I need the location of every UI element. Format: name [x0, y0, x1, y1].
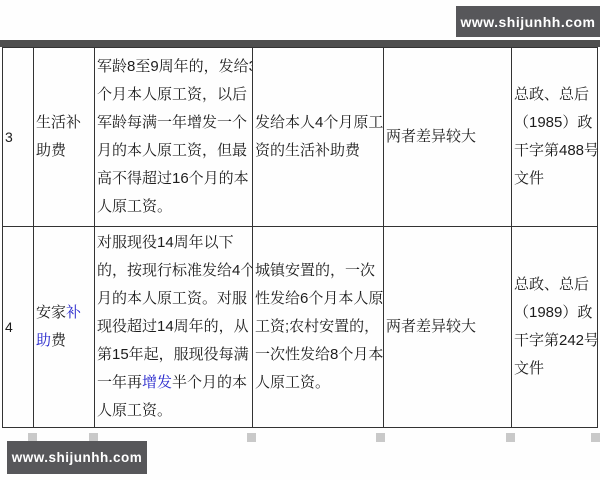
text-line: 个月本人原工资，以后: [97, 81, 250, 109]
cell-old-standard: 对服现役14周年以下 的，按现行标准发给4个 月的本人原工资。对服 现役超过14…: [95, 227, 253, 428]
text-line: 干字第242号: [514, 327, 595, 355]
text-line: 发给本人4个月原工: [255, 109, 381, 137]
zengfa-link[interactable]: 增发: [142, 374, 172, 391]
buzhu-link[interactable]: 助: [36, 332, 51, 349]
text-line: 人原工资。: [255, 369, 381, 397]
table-resize-handle[interactable]: [506, 433, 515, 442]
table-resize-handle[interactable]: [376, 433, 385, 442]
text-line: 性发给6个月本人原: [255, 285, 381, 313]
cell-document: 总政、总后 （1985）政 干字第488号 文件: [512, 48, 598, 227]
text-line: 人原工资。: [97, 397, 250, 425]
buzhu-link[interactable]: 补: [66, 304, 81, 321]
text-line: 总政、总后: [514, 271, 595, 299]
table-top-divider: [0, 40, 600, 47]
text-line: 安家补: [36, 299, 92, 327]
text-line: 军龄8至9周年的，发给3: [97, 53, 250, 81]
subsidy-comparison-table: 3 生活补 助费 军龄8至9周年的，发给3 个月本人原工资，以后 军龄每满一年增…: [2, 47, 598, 428]
detail-text: 半个月的本: [172, 374, 247, 391]
text-line: 高不得超过16个月的本: [97, 165, 250, 193]
text-line: 人原工资。: [97, 193, 250, 221]
text-line: 月的本人原工资，但最: [97, 137, 250, 165]
row-number: 4: [5, 313, 31, 341]
text-line: （1989）政: [514, 299, 595, 327]
text-line: 资的生活补助费: [255, 137, 381, 165]
text-line: 文件: [514, 355, 595, 383]
text-line: 军龄每满一年增发一个: [97, 109, 250, 137]
cell-new-standard: 城镇安置的，一次 性发给6个月本人原 工资;农村安置的， 一次性发给8个月本 人…: [253, 227, 384, 428]
text-line: 两者差异较大: [386, 123, 509, 151]
table-row: 3 生活补 助费 军龄8至9周年的，发给3 个月本人原工资，以后 军龄每满一年增…: [3, 48, 598, 227]
text-line: 一次性发给8个月本: [255, 341, 381, 369]
name-text: 费: [51, 332, 66, 349]
cell-subsidy-name: 安家补 助费: [34, 227, 95, 428]
text-line: （1985）政: [514, 109, 595, 137]
document-page: www.shijunhh.com 3 生活补 助费 军龄8至9周年的，发给3 个…: [0, 0, 600, 480]
detail-text: 一年再: [97, 374, 142, 391]
watermark-top: www.shijunhh.com: [456, 6, 600, 37]
text-line: 第15年起，服现役每满: [97, 341, 250, 369]
name-text: 安家: [36, 304, 66, 321]
text-line: 生活补: [36, 109, 92, 137]
cell-new-standard: 发给本人4个月原工 资的生活补助费: [253, 48, 384, 227]
table-resize-handle[interactable]: [591, 433, 600, 442]
row-number: 3: [5, 123, 31, 151]
cell-index: 4: [3, 227, 34, 428]
table-row: 4 安家补 助费 对服现役14周年以下 的，按现行标准发给4个 月的本人原工资。…: [3, 227, 598, 428]
cell-document: 总政、总后 （1989）政 干字第242号 文件: [512, 227, 598, 428]
text-line: 两者差异较大: [386, 313, 509, 341]
text-line: 城镇安置的，一次: [255, 257, 381, 285]
text-line: 助费: [36, 327, 92, 355]
watermark-top-text: www.shijunhh.com: [460, 14, 595, 30]
text-line: 助费: [36, 137, 92, 165]
text-line: 的，按现行标准发给4个: [97, 257, 250, 285]
text-line: 文件: [514, 165, 595, 193]
watermark-bottom-text: www.shijunhh.com: [12, 450, 143, 465]
cell-comparison: 两者差异较大: [384, 48, 512, 227]
text-line: 总政、总后: [514, 81, 595, 109]
text-line: 月的本人原工资。对服: [97, 285, 250, 313]
text-line: 对服现役14周年以下: [97, 229, 250, 257]
cell-index: 3: [3, 48, 34, 227]
text-line: 现役超过14周年的，从: [97, 313, 250, 341]
text-line: 一年再增发半个月的本: [97, 369, 250, 397]
cell-comparison: 两者差异较大: [384, 227, 512, 428]
text-line: 工资;农村安置的，: [255, 313, 381, 341]
table-resize-handle[interactable]: [247, 433, 256, 442]
cell-subsidy-name: 生活补 助费: [34, 48, 95, 227]
watermark-bottom: www.shijunhh.com: [7, 441, 147, 474]
cell-old-standard: 军龄8至9周年的，发给3 个月本人原工资，以后 军龄每满一年增发一个 月的本人原…: [95, 48, 253, 227]
text-line: 干字第488号: [514, 137, 595, 165]
